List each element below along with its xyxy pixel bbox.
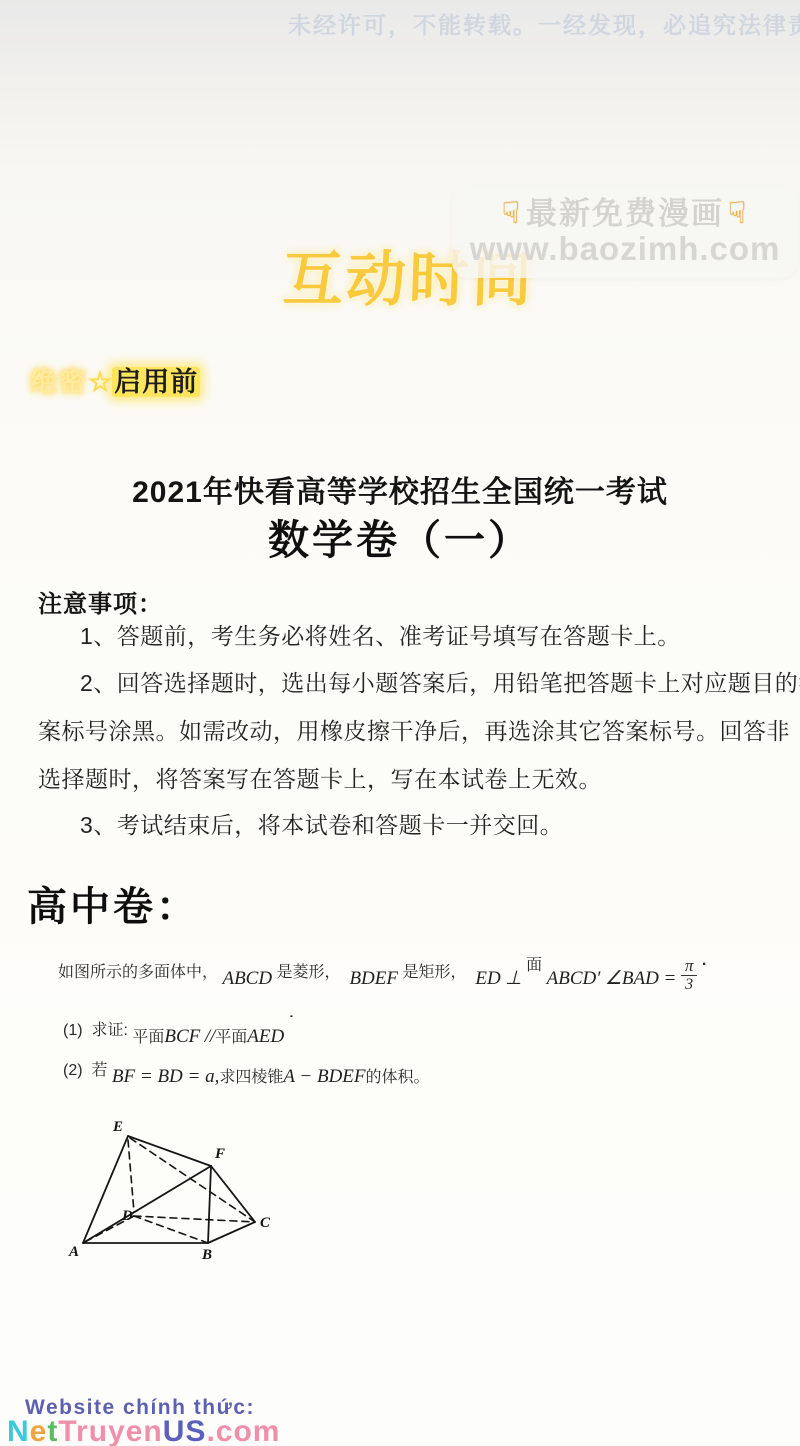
vertex-label-D: D bbox=[121, 1208, 133, 1224]
site-letter: t bbox=[47, 1415, 58, 1446]
site-letter: m bbox=[253, 1415, 281, 1446]
classified-secret: 绝密 bbox=[30, 367, 88, 397]
site-letter: n bbox=[143, 1415, 162, 1446]
notice-line: 选择题时，将答案写在答题卡上，写在本试卷上无效。 bbox=[38, 761, 602, 794]
site-letter: r bbox=[76, 1415, 89, 1446]
promo-banner-text: 最新免费漫画 bbox=[526, 197, 724, 231]
site-letter: T bbox=[58, 1415, 76, 1446]
problem-intro-text: 如图所示的多面体中， bbox=[58, 964, 218, 981]
question-2: (2) 若 BF = BD = a,求四棱锥A − BDEF的体积。 bbox=[63, 1057, 430, 1081]
site-letter: o bbox=[233, 1415, 252, 1446]
site-letter: e bbox=[30, 1415, 48, 1446]
pointing-down-hand-icon: ☟ bbox=[502, 197, 522, 231]
manga-page: 未经许可，不能转载。一经发现，必追究法律责任。 互动时间 ☟ 最新免费漫画 ☟ … bbox=[0, 0, 800, 1446]
solid-edges bbox=[83, 1136, 255, 1243]
q1-plane1: 平面 bbox=[132, 1029, 164, 1046]
vertex-label-E: E bbox=[112, 1119, 123, 1135]
notice-line: 案标号涂黑。如需改动，用橡皮擦干净后，再选涂其它答案标号。回答非 bbox=[38, 713, 790, 746]
site-letter: . bbox=[206, 1415, 215, 1446]
notice-line: 1、答题前，考生务必将姓名、准考证号填写在答题卡上。 bbox=[80, 618, 681, 651]
q2-text1: 求四棱锥 bbox=[219, 1069, 283, 1086]
q1-dot: ˙ bbox=[289, 1014, 294, 1031]
promo-watermark-box: ☟ 最新免费漫画 ☟ www.baozimh.com bbox=[452, 186, 798, 278]
site-letter: c bbox=[216, 1415, 234, 1446]
end-dot: · bbox=[702, 956, 707, 973]
fraction-numerator: π bbox=[681, 957, 698, 976]
math-abcd: ABCD bbox=[222, 968, 272, 989]
fraction-denominator: 3 bbox=[681, 976, 698, 993]
plane-char: 面 bbox=[526, 957, 542, 974]
q1-plane2: 平面 bbox=[215, 1029, 247, 1046]
notice-line: 2、回答选择题时，选出每小题答案后，用铅笔把答题卡上对应题目的答 bbox=[80, 665, 800, 698]
vertex-label-F: F bbox=[214, 1146, 225, 1162]
site-letter: S bbox=[185, 1415, 206, 1446]
classified-label: 绝密☆启用前 bbox=[30, 360, 200, 399]
polyhedron-diagram: E F D C A B bbox=[56, 1106, 301, 1276]
math-bf-bd-a: BF = BD = a, bbox=[112, 1066, 219, 1087]
vertex-label-B: B bbox=[201, 1247, 212, 1263]
site-letter: u bbox=[89, 1415, 108, 1446]
exam-title: 2021年快看高等学校招生全国统一考试 bbox=[0, 467, 800, 511]
problem-statement: 如图所示的多面体中， ABCD 是菱形， BDEF 是矩形， ED ⊥ 面 AB… bbox=[58, 955, 707, 991]
site-letter: U bbox=[163, 1415, 186, 1446]
pointing-down-hand-icon: ☟ bbox=[728, 197, 748, 231]
q2-number: (2) bbox=[63, 1062, 83, 1079]
math-bdef: BDEF bbox=[349, 968, 398, 989]
site-letter: y bbox=[108, 1415, 126, 1446]
vertex-label-C: C bbox=[260, 1215, 271, 1231]
q2-body: BF = BD = a,求四棱锥A − BDEF的体积。 bbox=[112, 1069, 430, 1086]
q1-number: (1) bbox=[63, 1022, 83, 1039]
math-ed: ED bbox=[475, 968, 500, 989]
site-letter: e bbox=[126, 1415, 144, 1446]
promo-banner: ☟ 最新免费漫画 ☟ bbox=[502, 197, 749, 231]
section-heading: 高中卷： bbox=[27, 875, 199, 932]
perpendicular-symbol: ⊥ bbox=[505, 968, 522, 989]
vertex-label-A: A bbox=[68, 1244, 79, 1260]
notice-heading: 注意事项： bbox=[38, 584, 163, 619]
math-angle-bad: ∠BAD = bbox=[605, 968, 677, 989]
promo-url: www.baozimh.com bbox=[470, 231, 781, 267]
problem-rhombus-text: 是菱形， bbox=[277, 964, 341, 981]
q1-lead: 求证: bbox=[91, 1022, 127, 1039]
site-name[interactable]: NetTruyenUS.com bbox=[7, 1415, 280, 1446]
parallel-symbol: // bbox=[205, 1026, 216, 1047]
fraction-pi-over-3: π3 bbox=[681, 957, 698, 993]
math-abcd-prime: ABCD′ bbox=[547, 968, 601, 989]
site-letter: N bbox=[7, 1415, 30, 1446]
math-a-bdef: A − BDEF bbox=[283, 1066, 365, 1087]
classified-before-use: 启用前 bbox=[112, 367, 200, 397]
q2-text2: 的体积。 bbox=[366, 1069, 430, 1086]
q2-lead: 若 bbox=[91, 1062, 107, 1079]
question-1: (1) 求证: 平面BCF //平面AED ˙ bbox=[63, 1017, 294, 1041]
problem-rect-text: 是矩形， bbox=[402, 964, 466, 981]
copyright-watermark: 未经许可，不能转载。一经发现，必追究法律责任。 bbox=[288, 7, 800, 40]
notice-line: 3、考试结束后，将本试卷和答题卡一并交回。 bbox=[80, 807, 563, 840]
math-bcf: BCF bbox=[164, 1026, 200, 1047]
exam-subtitle: 数学卷（一） bbox=[0, 507, 800, 566]
math-aed: AED bbox=[247, 1026, 284, 1047]
star-icon: ☆ bbox=[88, 367, 112, 397]
q1-body: 平面BCF //平面AED bbox=[132, 1029, 284, 1046]
